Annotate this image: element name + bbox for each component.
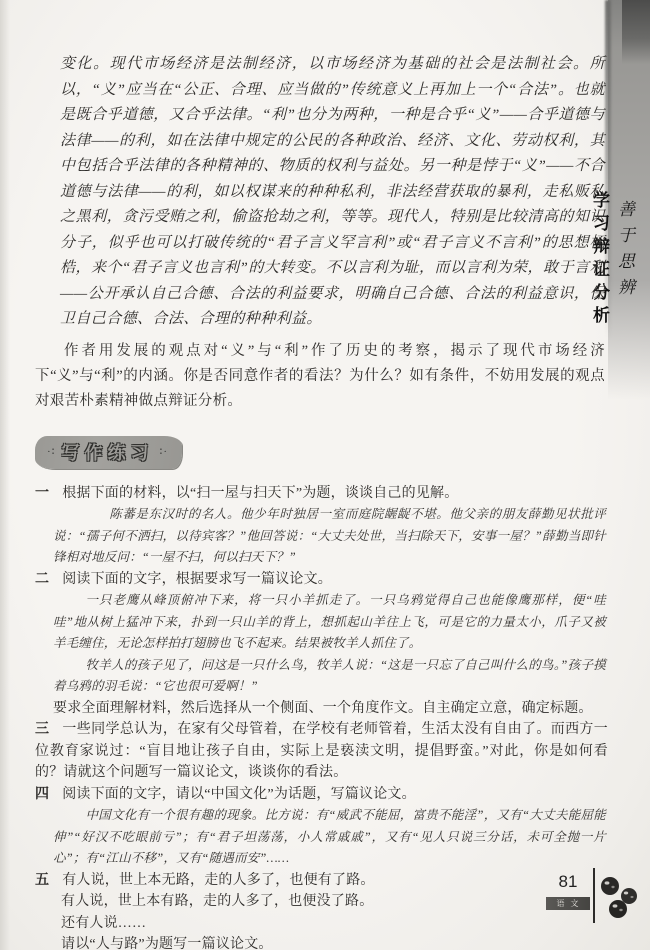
textbook-page: 善于思辨 学习辩证分析 变化。现代市场经济是法制经济，以市场经济为基础的社会是法… xyxy=(0,0,650,950)
exercise-text: 阅读下面的文字，请以“中国文化”为话题，写篇议论文。 xyxy=(62,787,416,802)
exercise-list: 一根据下面的材料，以“扫一屋与扫天下”为题，谈谈自己的见解。 陈蕃是东汉时的名人… xyxy=(35,483,608,950)
section-title: 写作练习 xyxy=(56,439,160,465)
exercise-5-line-3: 还有人说…… xyxy=(35,913,608,935)
commentary-paragraph: 作者用发展的观点对“义”与“利”作了历史的考察，揭示了现代市场经济下“义”与“利… xyxy=(35,339,605,414)
exercise-2-requirement: 要求全面理解材料，然后选择从一个侧面、一个角度作文。自主确定立意，确定标题。 xyxy=(53,698,608,720)
exercise-2-material-2: 牧羊人的孩子见了，问这是一只什么鸟，牧羊人说：“这是一只忘了自己叫什么的鸟。”孩… xyxy=(53,655,606,698)
publisher-logo-icon xyxy=(596,868,644,924)
exercise-number: 三 xyxy=(35,719,49,741)
exercise-number: 四 xyxy=(35,784,49,806)
page-number: 81 xyxy=(548,872,588,892)
article-paragraph-continued: 变化。现代市场经济是法制经济，以市场经济为基础的社会是法制社会。所以，“义”应当… xyxy=(60,52,605,333)
exercise-5-line-4: 请以“人与路”为题写一篇议论文。 xyxy=(35,934,608,950)
chapter-script-label: 善于思辨 xyxy=(612,200,637,304)
exercise-item-5: 五有人说，世上本无路，走的人多了，也便有了路。 xyxy=(35,870,608,892)
exercise-text: 有人说，世上本无路，走的人多了，也便有了路。 xyxy=(62,873,374,888)
exercise-item-4: 四阅读下面的文字，请以“中国文化”为话题，写篇议论文。 xyxy=(35,784,608,806)
exercise-text: 阅读下面的文字，根据要求写一篇议论文。 xyxy=(62,572,332,587)
exercise-2-material-1: 一只老鹰从峰顶俯冲下来，将一只小羊抓走了。一只乌鸦觉得自己也能像鹰那样，便“哇哇… xyxy=(53,590,606,655)
exercise-item-2: 二阅读下面的文字，根据要求写一篇议论文。 xyxy=(35,569,608,591)
exercise-item-1: 一根据下面的材料，以“扫一屋与扫天下”为题，谈谈自己的见解。 xyxy=(35,483,608,505)
exercise-5-line-2: 有人说，世上本有路，走的人多了，也便没了路。 xyxy=(35,891,608,913)
exercise-number: 五 xyxy=(35,870,49,892)
exercise-number: 二 xyxy=(35,569,49,591)
exercise-text: 一些同学总认为，在家有父母管着，在学校有老师管着，生活太没有自由了。而西方一位教… xyxy=(35,722,608,780)
exercise-number: 一 xyxy=(35,483,49,505)
side-strip-dark-corner xyxy=(622,0,650,64)
section-header-badge: ·∶ 写作练习 ∶· xyxy=(35,436,182,469)
badge-dots-left: ·∶ xyxy=(47,445,56,458)
exercise-item-3: 三一些同学总认为，在家有父母管着，在学校有老师管着，生活太没有自由了。而西方一位… xyxy=(35,719,608,784)
exercise-1-material: 陈蕃是东汉时的名人。他少年时独居一室而庭院龌龊不堪。他父亲的朋友薛勤见状批评说：… xyxy=(53,504,606,569)
exercise-4-material: 中国文化有一个很有趣的现象。比方说：有“威武不能屈，富贵不能淫”，又有“大丈夫能… xyxy=(53,805,606,870)
exercise-text: 根据下面的材料，以“扫一屋与扫天下”为题，谈谈自己的见解。 xyxy=(62,486,458,501)
badge-dots-right: ∶· xyxy=(160,445,169,458)
page-left-scan-edge xyxy=(0,0,10,950)
page-content: 变化。现代市场经济是法制经济，以市场经济为基础的社会是法制社会。所以，“义”应当… xyxy=(35,52,605,950)
publisher-logo xyxy=(596,868,644,929)
subject-badge: 语文 xyxy=(546,897,590,910)
footer-divider xyxy=(593,868,595,923)
